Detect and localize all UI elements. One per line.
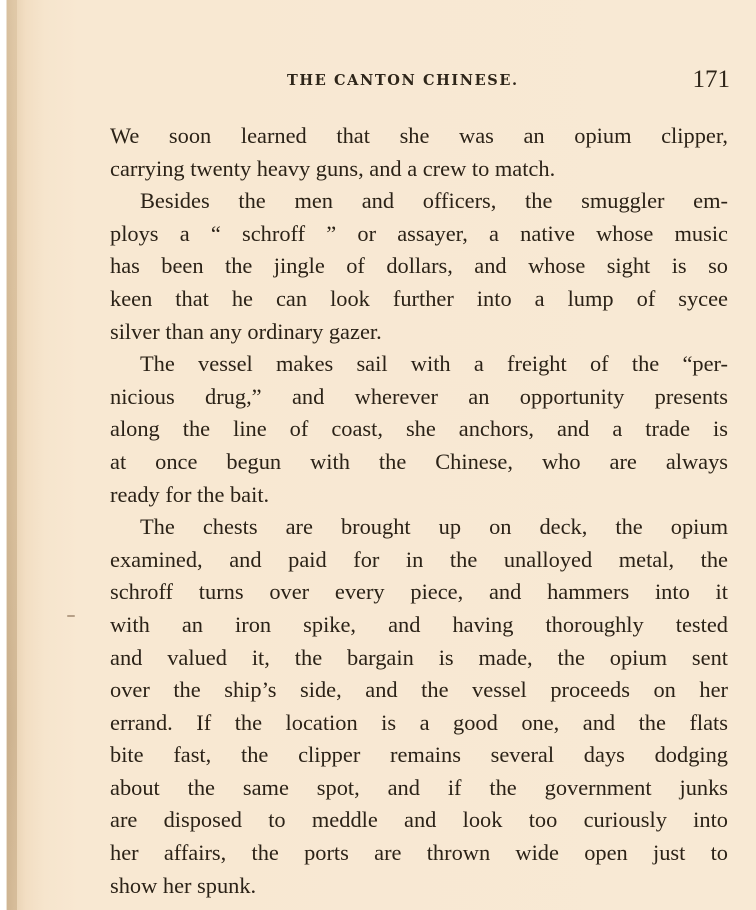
text-line: about the same spot, and if the governme… (110, 772, 728, 805)
text-line: with an iron spike, and having thoroughl… (110, 609, 728, 642)
body-text: We soon learned that she was an opium cl… (110, 120, 728, 902)
text-line: We soon learned that she was an opium cl… (110, 120, 728, 153)
text-line: her affairs, the ports are thrown wide o… (110, 837, 728, 870)
text-line: bite fast, the clipper remains several d… (110, 739, 728, 772)
text-line: are disposed to meddle and look too curi… (110, 804, 728, 837)
text-line: schroff turns over every piece, and hamm… (110, 576, 728, 609)
text-line: carrying twenty heavy guns, and a crew t… (110, 153, 728, 186)
text-line: at once begun with the Chinese, who are … (110, 446, 728, 479)
page-number: 171 (693, 66, 731, 94)
margin-mark (67, 615, 75, 617)
text-line: nicious drug,” and wherever an opportuni… (110, 381, 728, 414)
text-line: along the line of coast, she anchors, an… (110, 413, 728, 446)
text-line: silver than any ordinary gazer. (110, 316, 728, 349)
text-line: show her spunk. (110, 870, 728, 903)
text-line: ready for the bait. (110, 479, 728, 512)
paragraph-first-line: The vessel makes sail with a freight of … (110, 348, 728, 381)
paragraph-first-line: Besides the men and officers, the smuggl… (110, 185, 728, 218)
text-line: has been the jingle of dollars, and whos… (110, 250, 728, 283)
text-line: examined, and paid for in the unalloyed … (110, 544, 728, 577)
paragraph-first-line: The chests are brought up on deck, the o… (110, 511, 728, 544)
book-page: THE CANTON CHINESE. 171 We soon learned … (0, 0, 756, 910)
text-line: keen that he can look further into a lum… (110, 283, 728, 316)
running-head-title: THE CANTON CHINESE. (287, 72, 519, 89)
text-line: and valued it, the bargain is made, the … (110, 642, 728, 675)
text-line: over the ship’s side, and the vessel pro… (110, 674, 728, 707)
text-line: ploys a “ schroff ” or assayer, a native… (110, 218, 728, 251)
text-line: errand. If the location is a good one, a… (110, 707, 728, 740)
